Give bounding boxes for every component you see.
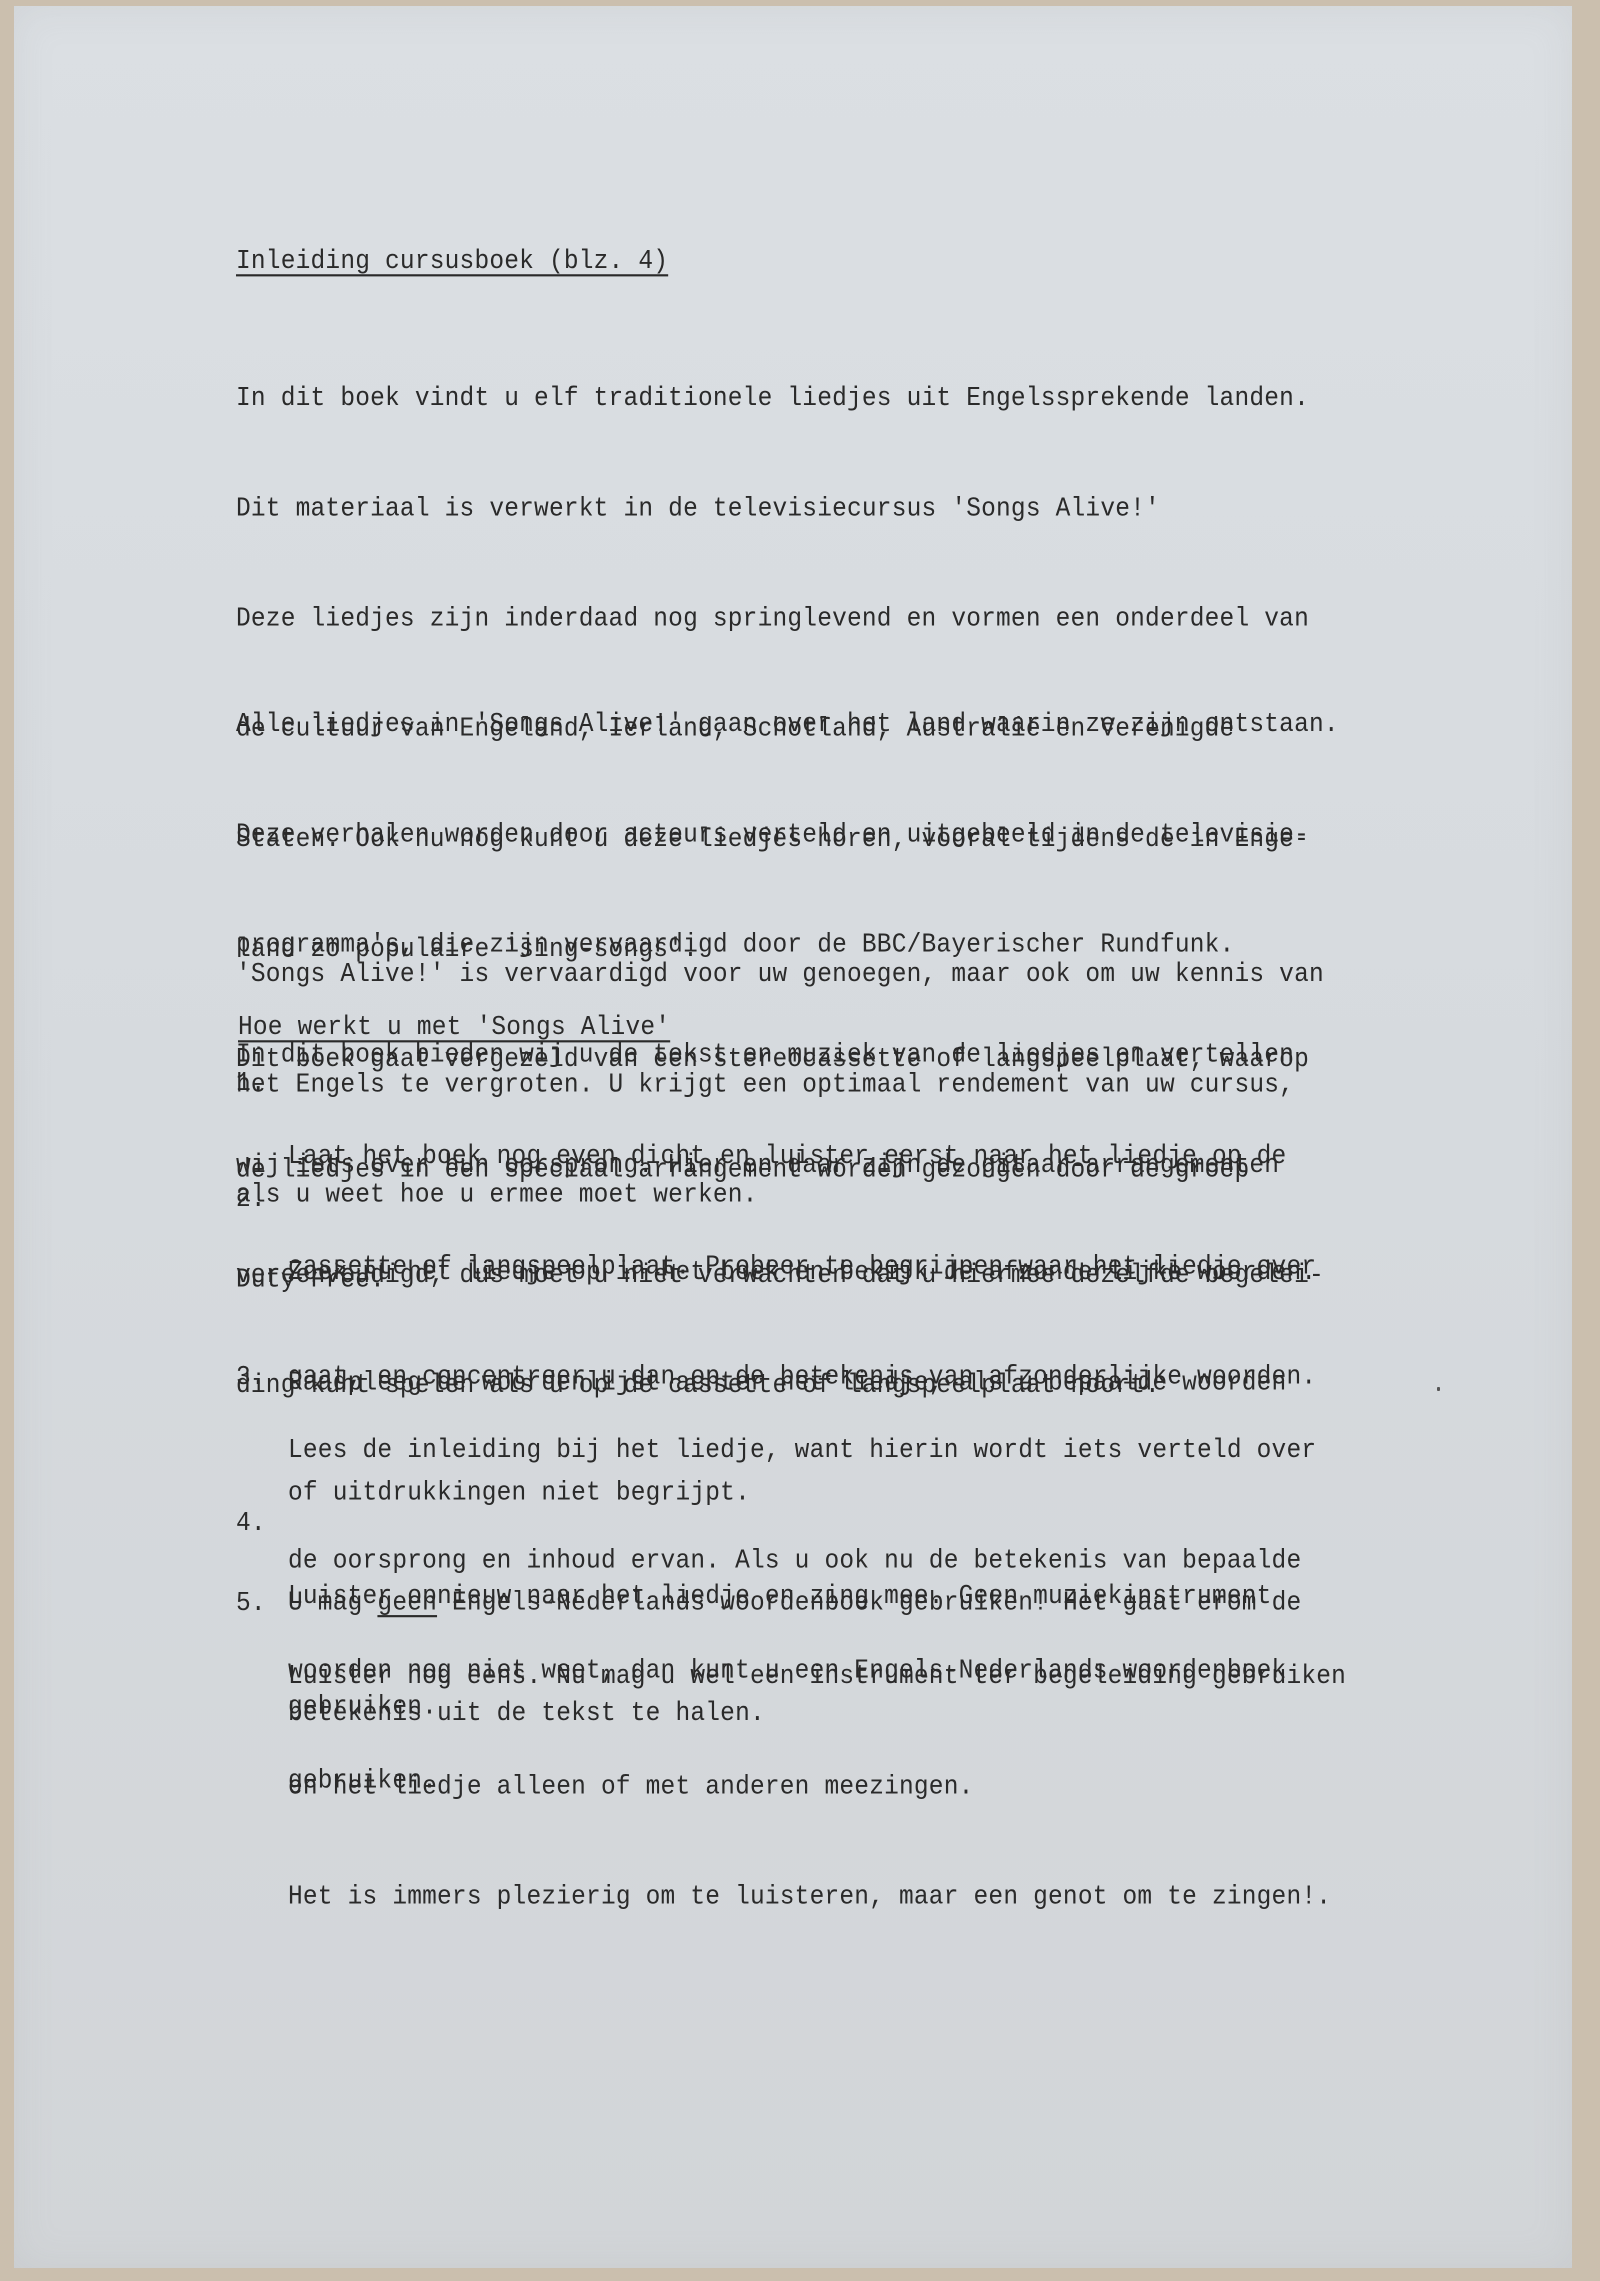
list-item-3: 3. Lees de inleiding bij het liedje, wan… [236, 1360, 266, 1470]
list-item-5: 5. Luister nog eens. Nu mag u wel een in… [236, 1586, 266, 1696]
text-line: 'Songs Alive!' is vervaardigd voor uw ge… [236, 957, 1324, 994]
text-line: en het liedje alleen of met anderen meez… [288, 1770, 1346, 1807]
item-number: 2. [236, 1182, 266, 1219]
text-line: Dit materiaal is verwerkt in de televisi… [236, 492, 1309, 529]
text-line: Zoek nu het liedje op in het boek en bek… [288, 1255, 1316, 1292]
ink-speck [1437, 1387, 1440, 1391]
item-number: 4. [236, 1506, 266, 1543]
item-number: 1. [236, 1066, 266, 1103]
text-line: Luister nog eens. Nu mag u wel een instr… [288, 1659, 1346, 1696]
item-number: 5. [236, 1586, 266, 1623]
list-item-2: 2. Zoek nu het liedje op in het boek en … [236, 1182, 266, 1292]
text-line: Alle liedjes in 'Songs Alive!' gaan over… [236, 707, 1339, 744]
text-line: Laat het boek nog even dicht en luister … [288, 1139, 1316, 1176]
item-number: 3. [236, 1360, 266, 1397]
list-item-1: 1. Laat het boek nog even dicht en luist… [236, 1066, 266, 1176]
text-line: Deze verhalen worden door acteurs vertel… [236, 818, 1339, 855]
howto-heading: Hoe werkt u met 'Songs Alive' [238, 1010, 670, 1047]
text-line: Lees de inleiding bij het liedje, want h… [288, 1433, 1316, 1470]
text-line: Deze liedjes zijn inderdaad nog springle… [236, 602, 1309, 639]
text-line: Het is immers plezierig om te luisteren,… [288, 1880, 1346, 1917]
text-line: In dit boek vindt u elf traditionele lie… [236, 381, 1309, 418]
intro-heading: Inleiding cursusboek (blz. 4) [236, 244, 668, 281]
